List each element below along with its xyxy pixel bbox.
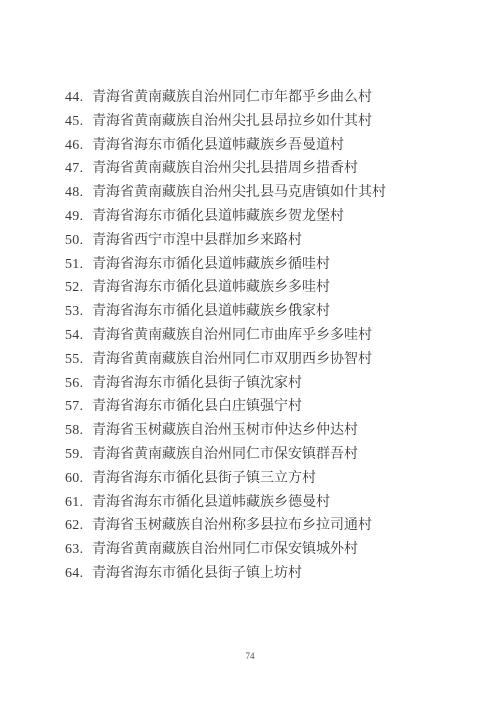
- list-item-text: 青海省黄南藏族自治州同仁市保安镇城外村: [92, 538, 358, 562]
- list-item-number: 53.: [65, 300, 92, 324]
- list-item-text: 青海省黄南藏族自治州同仁市年都乎乡曲么村: [92, 86, 372, 110]
- list-item-number: 52.: [65, 276, 92, 300]
- list-item: 56.青海省海东市循化县街子镇沈家村: [65, 372, 490, 396]
- list-item-text: 青海省黄南藏族自治州同仁市保安镇群吾村: [92, 443, 358, 467]
- list-item: 53.青海省海东市循化县道帏藏族乡俄家村: [65, 300, 490, 324]
- list-item-text: 青海省海东市循化县街子镇上坊村: [92, 562, 302, 586]
- village-list: 44.青海省黄南藏族自治州同仁市年都乎乡曲么村45.青海省黄南藏族自治州尖扎县昂…: [65, 86, 490, 586]
- list-item-text: 青海省玉树藏族自治州称多县拉布乡拉司通村: [92, 514, 372, 538]
- list-item: 55.青海省黄南藏族自治州同仁市双朋西乡协智村: [65, 348, 490, 372]
- list-item-text: 青海省海东市循化县道帏藏族乡吾曼道村: [92, 134, 344, 158]
- list-item-number: 47.: [65, 157, 92, 181]
- list-item: 54.青海省黄南藏族自治州同仁市曲库乎乡多哇村: [65, 324, 490, 348]
- list-item-number: 48.: [65, 181, 92, 205]
- list-item-text: 青海省黄南藏族自治州尖扎县昂拉乡如什其村: [92, 110, 372, 134]
- page-number: 74: [0, 651, 500, 661]
- list-item-text: 青海省黄南藏族自治州尖扎县马克唐镇如什其村: [92, 181, 386, 205]
- document-page: 44.青海省黄南藏族自治州同仁市年都乎乡曲么村45.青海省黄南藏族自治州尖扎县昂…: [0, 0, 500, 707]
- list-item: 51.青海省海东市循化县道帏藏族乡循哇村: [65, 253, 490, 277]
- list-item: 52.青海省海东市循化县道帏藏族乡多哇村: [65, 276, 490, 300]
- list-item: 45.青海省黄南藏族自治州尖扎县昂拉乡如什其村: [65, 110, 490, 134]
- list-item-text: 青海省海东市循化县街子镇沈家村: [92, 372, 302, 396]
- list-item-text: 青海省海东市循化县道帏藏族乡德曼村: [92, 491, 330, 515]
- list-item-number: 64.: [65, 562, 92, 586]
- list-item: 48.青海省黄南藏族自治州尖扎县马克唐镇如什其村: [65, 181, 490, 205]
- list-item-number: 55.: [65, 348, 92, 372]
- list-item-number: 61.: [65, 491, 92, 515]
- list-item-text: 青海省黄南藏族自治州同仁市曲库乎乡多哇村: [92, 324, 372, 348]
- list-item-number: 56.: [65, 372, 92, 396]
- list-item-number: 44.: [65, 86, 92, 110]
- list-item: 60.青海省海东市循化县街子镇三立方村: [65, 467, 490, 491]
- list-item-text: 青海省海东市循化县道帏藏族乡贺龙堡村: [92, 205, 344, 229]
- list-item: 64.青海省海东市循化县街子镇上坊村: [65, 562, 490, 586]
- list-item-text: 青海省西宁市湟中县群加乡来路村: [92, 229, 302, 253]
- list-item-number: 63.: [65, 538, 92, 562]
- list-item-text: 青海省玉树藏族自治州玉树市仲达乡仲达村: [92, 419, 358, 443]
- list-item-number: 51.: [65, 253, 92, 277]
- list-item: 58.青海省玉树藏族自治州玉树市仲达乡仲达村: [65, 419, 490, 443]
- list-item: 63.青海省黄南藏族自治州同仁市保安镇城外村: [65, 538, 490, 562]
- list-item-text: 青海省海东市循化县白庄镇强宁村: [92, 395, 302, 419]
- list-item-text: 青海省海东市循化县街子镇三立方村: [92, 467, 316, 491]
- list-item-number: 58.: [65, 419, 92, 443]
- list-item: 57.青海省海东市循化县白庄镇强宁村: [65, 395, 490, 419]
- list-item-number: 46.: [65, 134, 92, 158]
- list-item-number: 54.: [65, 324, 92, 348]
- list-item-number: 45.: [65, 110, 92, 134]
- list-item-text: 青海省黄南藏族自治州尖扎县措周乡措香村: [92, 157, 358, 181]
- list-item-number: 59.: [65, 443, 92, 467]
- list-item: 61.青海省海东市循化县道帏藏族乡德曼村: [65, 491, 490, 515]
- list-item-text: 青海省海东市循化县道帏藏族乡循哇村: [92, 253, 330, 277]
- list-item-text: 青海省海东市循化县道帏藏族乡多哇村: [92, 276, 330, 300]
- list-item: 62.青海省玉树藏族自治州称多县拉布乡拉司通村: [65, 514, 490, 538]
- list-item-number: 62.: [65, 514, 92, 538]
- list-item-number: 50.: [65, 229, 92, 253]
- list-item-number: 57.: [65, 395, 92, 419]
- list-item-text: 青海省黄南藏族自治州同仁市双朋西乡协智村: [92, 348, 372, 372]
- list-item-text: 青海省海东市循化县道帏藏族乡俄家村: [92, 300, 330, 324]
- list-item: 47.青海省黄南藏族自治州尖扎县措周乡措香村: [65, 157, 490, 181]
- list-item-number: 60.: [65, 467, 92, 491]
- list-item-number: 49.: [65, 205, 92, 229]
- list-item: 49.青海省海东市循化县道帏藏族乡贺龙堡村: [65, 205, 490, 229]
- list-item: 44.青海省黄南藏族自治州同仁市年都乎乡曲么村: [65, 86, 490, 110]
- list-item: 50.青海省西宁市湟中县群加乡来路村: [65, 229, 490, 253]
- list-item: 46.青海省海东市循化县道帏藏族乡吾曼道村: [65, 134, 490, 158]
- list-item: 59.青海省黄南藏族自治州同仁市保安镇群吾村: [65, 443, 490, 467]
